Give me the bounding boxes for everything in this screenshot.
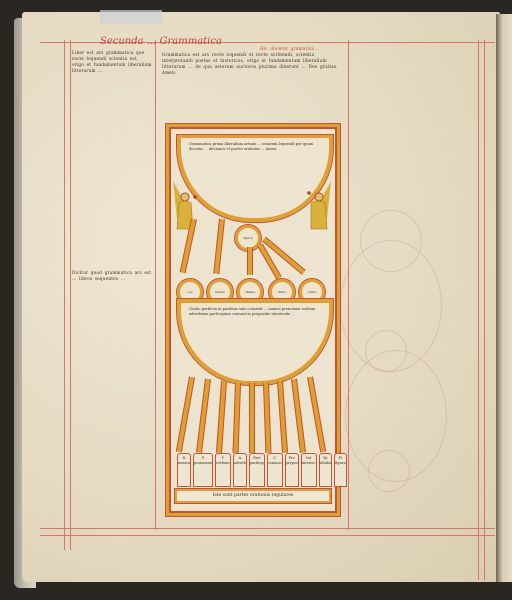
grammar-diagram: Grammatica prima liberalium artium ... o… xyxy=(166,124,340,516)
ray xyxy=(291,379,306,453)
parts-of-speech-tabs: Nnomen Ppronomen Vverbum Aadverb Partpar… xyxy=(177,453,327,487)
left-gloss-lower: Dicitur quod grammatica ars est ... libr… xyxy=(72,270,152,282)
ruling-line xyxy=(484,40,485,580)
ray xyxy=(233,383,241,453)
middle-bowl-text: Oratio perfecta in partibus suis consist… xyxy=(189,307,321,318)
tab-4: Partparticip xyxy=(249,453,265,487)
ray xyxy=(196,379,211,453)
ray xyxy=(277,381,288,453)
ruling-line xyxy=(40,535,495,536)
ray xyxy=(216,381,227,453)
tab-9: Fifigura xyxy=(334,453,347,487)
connector xyxy=(213,219,225,274)
ray xyxy=(176,376,195,452)
tab-7: Intinteriec xyxy=(301,453,317,487)
top-bowl-text: Grammatica prima liberalium artium ... o… xyxy=(189,142,321,153)
ruling-line xyxy=(155,40,156,530)
ruling-line xyxy=(64,40,65,550)
angel-right-icon xyxy=(303,179,333,231)
connector xyxy=(247,247,253,275)
ray xyxy=(249,383,255,453)
ruling-line xyxy=(70,40,71,550)
main-text: Grammatica est ars recte loquendi et rec… xyxy=(162,52,346,76)
ruling-line xyxy=(40,528,495,529)
left-gloss: Liber est ars grammatica que recte loque… xyxy=(72,50,152,74)
angel-left-icon xyxy=(171,179,201,231)
tab-0: Nnomen xyxy=(177,453,191,487)
ruling-line xyxy=(478,40,479,580)
tab-6: Preprepos xyxy=(285,453,299,487)
show-through-circle xyxy=(368,450,410,492)
repair-tape xyxy=(100,10,162,24)
ray xyxy=(307,376,326,452)
tab-5: Cconiunc xyxy=(267,453,283,487)
tab-8: Sysillaba xyxy=(319,453,333,487)
footband-caption: Iste sunt partes orationis regulares xyxy=(175,489,331,503)
book-gutter xyxy=(496,14,512,582)
tab-3: Aadverb xyxy=(233,453,247,487)
ray xyxy=(263,383,271,453)
middle-bowl: Oratio perfecta in partibus suis consist… xyxy=(177,299,333,385)
tab-2: Vverbum xyxy=(215,453,231,487)
tab-1: Ppronomen xyxy=(193,453,213,487)
page-heading: Secunda ... Grammatica xyxy=(100,36,222,47)
